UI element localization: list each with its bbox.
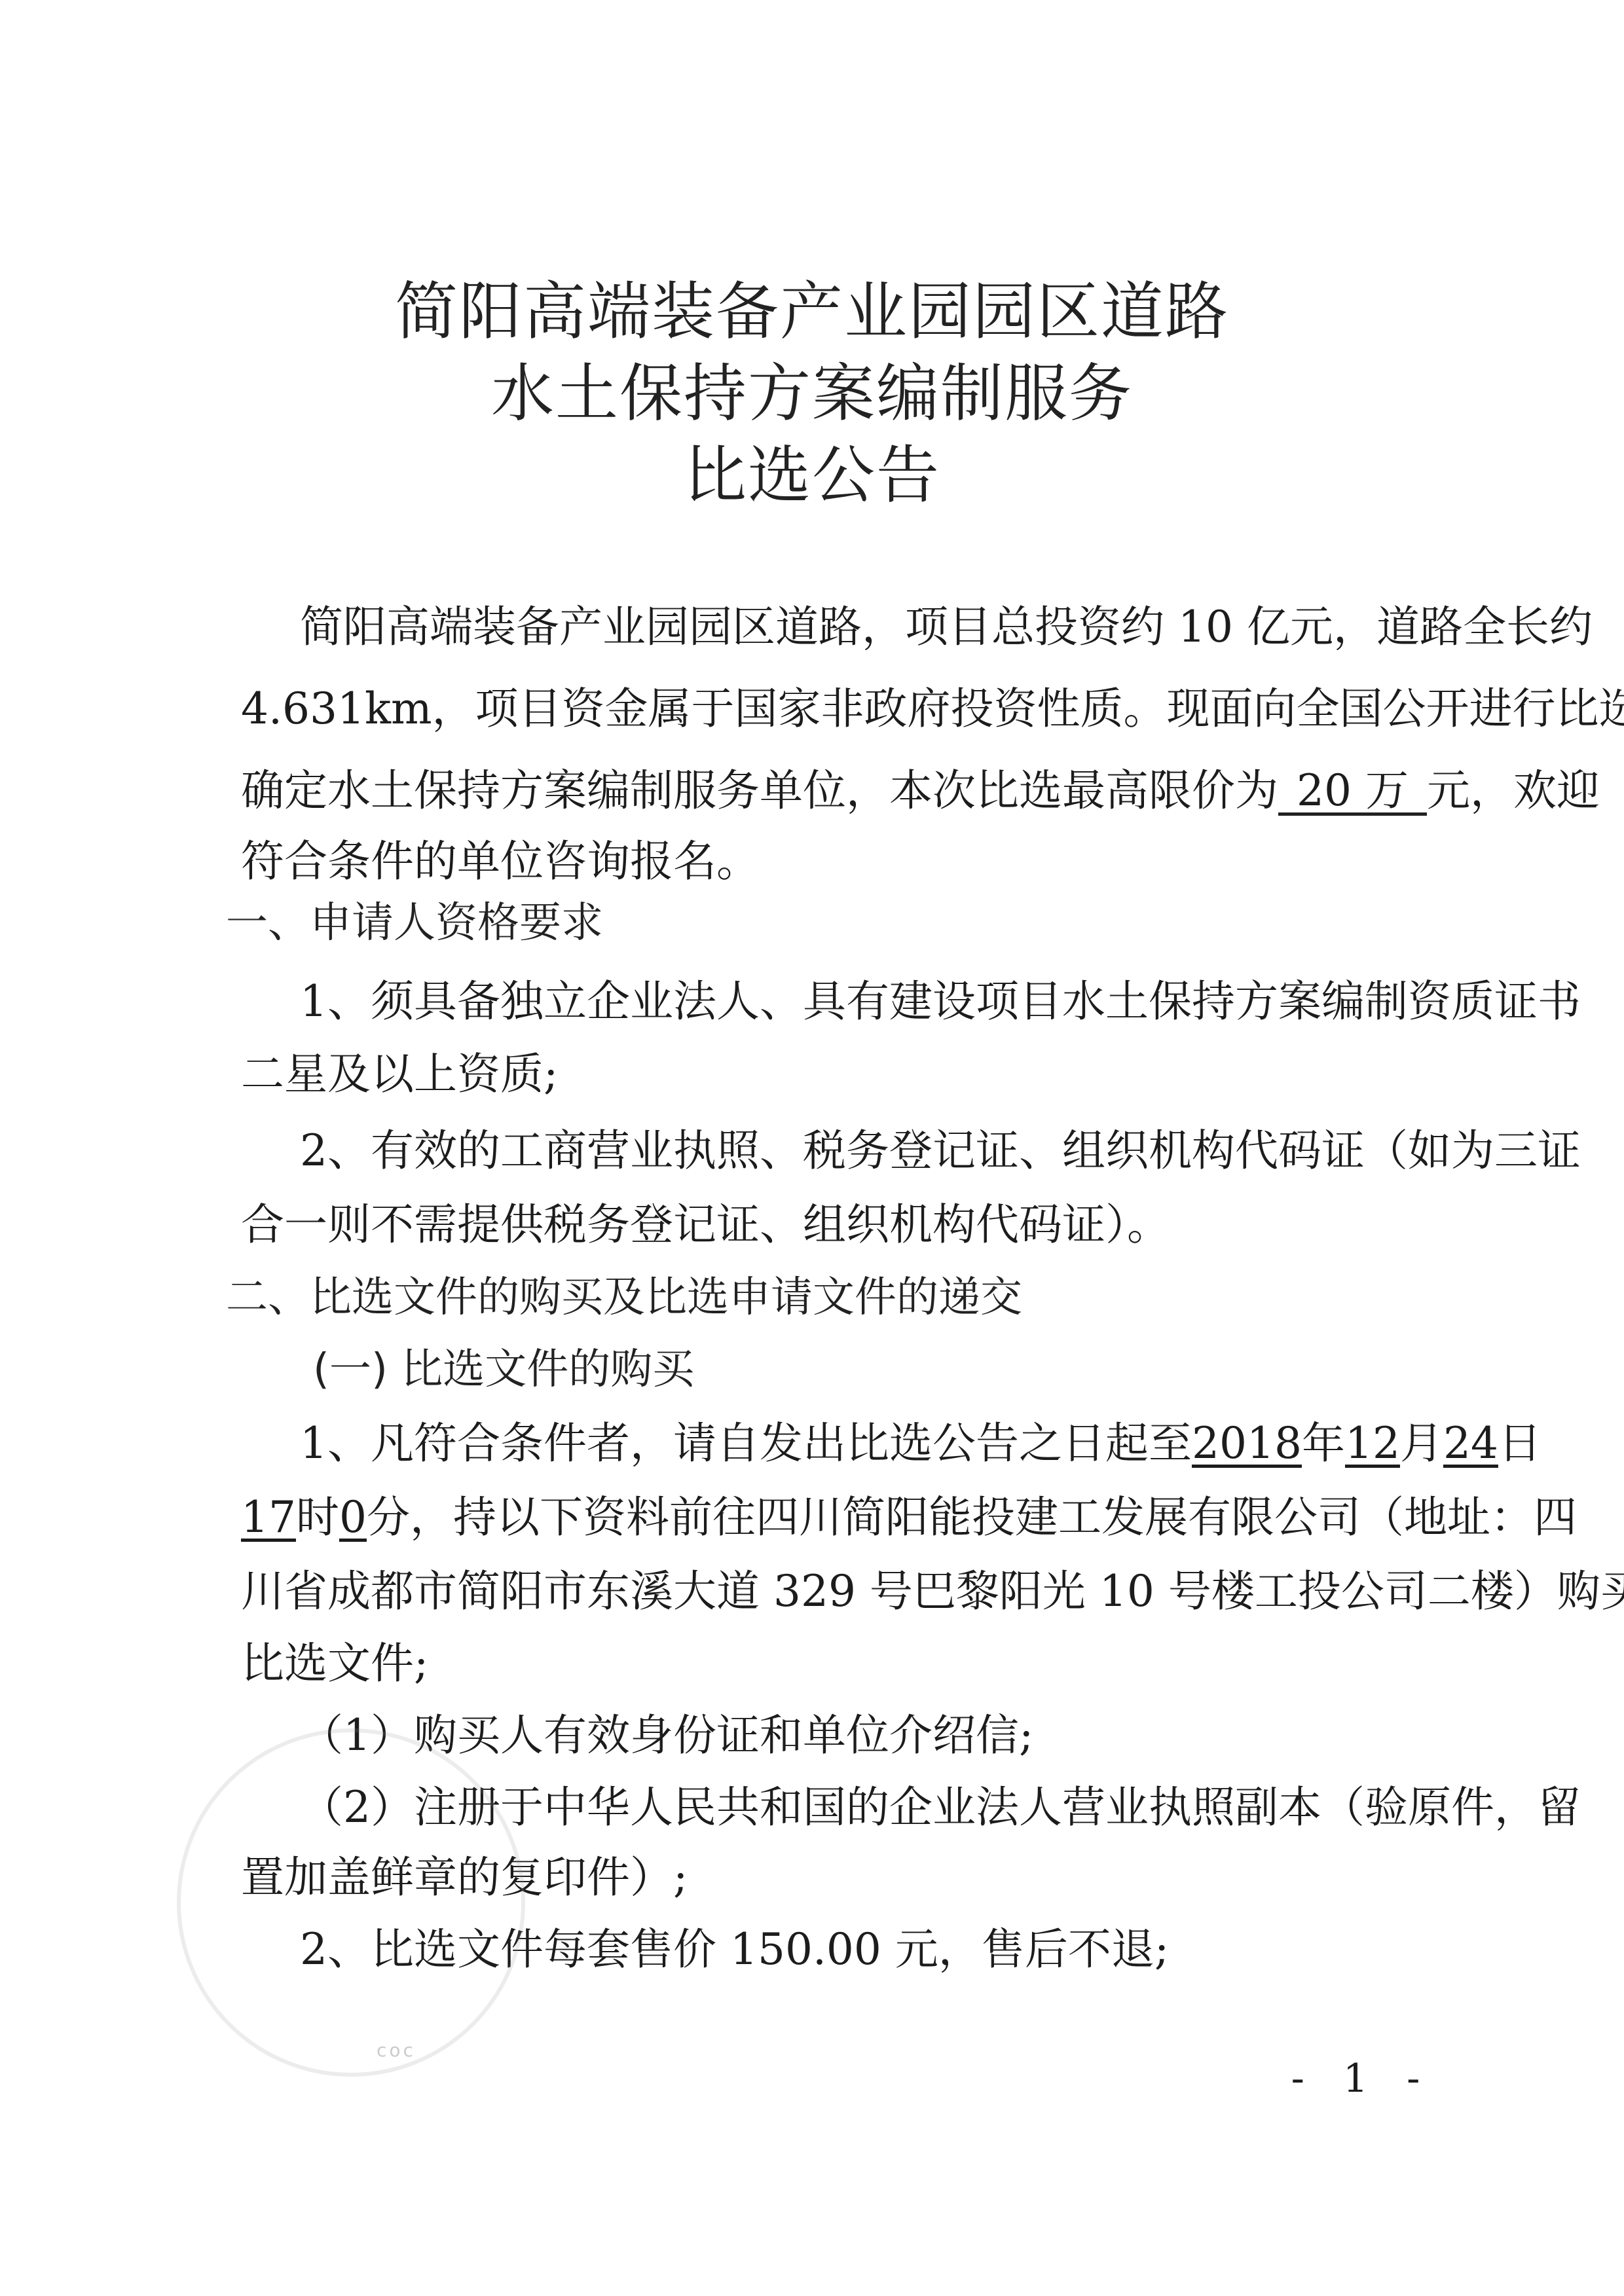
section-1-item-1-line-2: 二星及以上资质; [241, 1053, 1439, 1096]
stamp-text: ᴄᴏᴄ [377, 2039, 416, 2061]
max-price-value: 20 万 [1278, 769, 1427, 816]
purchase-item-1-prefix: 1、凡符合条件者，请自发出比选公告之日起至 [300, 1418, 1192, 1468]
intro-line-3-suffix: 元，欢迎 [1427, 765, 1600, 816]
document-page: 简阳高端装备产业园园区道路 水土保持方案编制服务 比选公告 简阳高端装备产业园园… [0, 0, 1624, 2296]
intro-line-2: 4.631km，项目资金属于国家非政府投资性质。现面向全国公开进行比选， [241, 687, 1439, 731]
purchase-item-1-line-2-rest: ，持以下资料前往四川简阳能投建工发展有限公司（地址：四 [410, 1492, 1577, 1542]
intro-line-4: 符合条件的单位咨询报名。 [241, 840, 1439, 883]
title-line-3: 比选公告 [0, 444, 1624, 507]
purchase-sub-1: （1）购买人有效身份证和单位介绍信; [300, 1714, 1439, 1757]
purchase-item-1-line-1: 1、凡符合条件者，请自发出比选公告之日起至2018年12月24日 [300, 1422, 1439, 1465]
title-line-2: 水土保持方案编制服务 [0, 362, 1624, 425]
deadline-minute: 0 [339, 1492, 367, 1542]
section-1-item-2-line-2: 合一则不需提供税务登记证、组织机构代码证）。 [241, 1203, 1439, 1247]
deadline-year: 2018 [1192, 1418, 1302, 1468]
title-line-1: 简阳高端装备产业园园区道路 [0, 280, 1624, 343]
deadline-hour: 17 [241, 1492, 296, 1542]
page-number: - 1 - [1283, 2059, 1441, 2098]
intro-line-1: 简阳高端装备产业园园区道路，项目总投资约 10 亿元，道路全长约 [300, 606, 1439, 649]
day-unit: 日 [1498, 1418, 1541, 1468]
purchase-item-1-line-2: 17时0分，持以下资料前往四川简阳能投建工发展有限公司（地址：四 [241, 1496, 1439, 1539]
section-1-item-1-line-1: 1、须具备独立企业法人、具有建设项目水土保持方案编制资质证书 [300, 980, 1439, 1023]
purchase-sub-2-line-1: （2）注册于中华人民共和国的企业法人营业执照副本（验原件，留 [300, 1786, 1439, 1829]
subsection-1-heading: (一) 比选文件的购买 [313, 1349, 694, 1391]
year-unit: 年 [1302, 1418, 1345, 1468]
purchase-item-1-line-3: 川省成都市简阳市东溪大道 329 号巴黎阳光 10 号楼工投公司二楼）购买 [241, 1570, 1439, 1613]
intro-line-3: 确定水土保持方案编制服务单位，本次比选最高限价为20 万元，欢迎 [241, 769, 1439, 816]
purchase-sub-2-line-2: 置加盖鲜章的复印件）; [241, 1856, 1439, 1899]
faded-seal-stamp [177, 1728, 525, 2077]
minute-unit: 分 [367, 1492, 410, 1542]
deadline-month: 12 [1345, 1418, 1400, 1468]
intro-line-3-prefix: 确定水土保持方案编制服务单位，本次比选最高限价为 [241, 765, 1278, 816]
purchase-item-2: 2、比选文件每套售价 150.00 元，售后不退; [300, 1928, 1439, 1971]
hour-unit: 时 [296, 1492, 339, 1542]
section-2-heading: 二、比选文件的购买及比选申请文件的递交 [226, 1277, 1022, 1319]
purchase-item-1-line-4: 比选文件; [241, 1642, 1439, 1685]
section-1-item-2-line-1: 2、有效的工商营业执照、税务登记证、组织机构代码证（如为三证 [300, 1129, 1439, 1173]
section-1-heading: 一、申请人资格要求 [226, 902, 603, 944]
deadline-day: 24 [1443, 1418, 1498, 1468]
month-unit: 月 [1400, 1418, 1443, 1468]
